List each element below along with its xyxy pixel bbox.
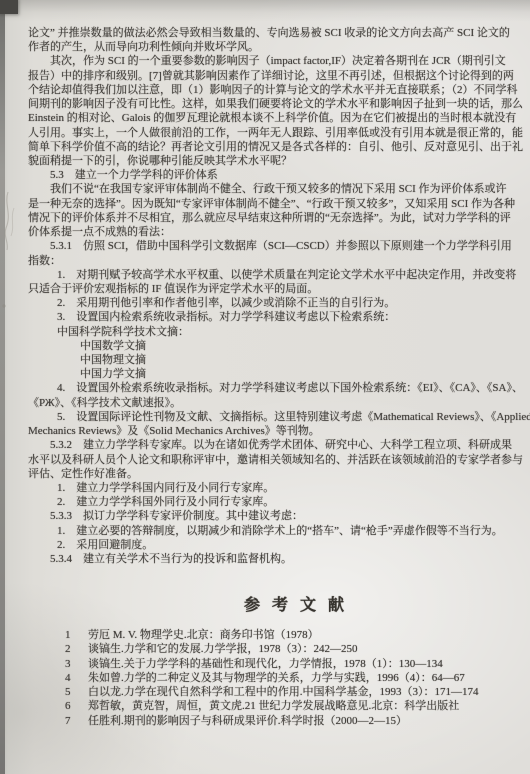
text-line: 1. 建立必要的答辩制度，以期减少和消除学术上的“搭车”、请“枪手”弄虚作假等不…: [57, 524, 530, 538]
text-line: 中国科学院科学技术文摘：: [57, 325, 530, 339]
text-line: 2. 采用期刊他引率和作者他引率，以减少或消除不正当的自引行为。: [57, 296, 530, 310]
reference-item: 5白以龙.力学在现代自然科学和工程中的作用.中国科学基金，1993（3）：171…: [65, 685, 515, 699]
text-line: 简单下科学价值不高的结论？再者论文引用的情况又是各式各样的：自引、他引、反对意见…: [28, 140, 530, 154]
text-line: 评估、定性作好准备。: [28, 467, 530, 481]
reference-item: 2谈镐生.力学和它的发展.力学学报，1978（3）：242—250: [65, 642, 515, 656]
reference-number: 6: [65, 699, 88, 713]
text-line: 3. 设置国内检索系统收录指标。对力学学科建议考虑以下检索系统：: [57, 310, 530, 324]
reference-number: 7: [65, 714, 88, 728]
reference-item: 6郑哲敏，黄克智，周恒，黄文虎.21 世纪力学发展战略意见.北京：科学出版社: [65, 699, 515, 713]
reference-item: 4朱如曾.力学的二种定义及其与物理学的关系，力学与实践，1996（4）：64—6…: [65, 671, 515, 685]
text-line: 是一种无奈的选择”。因为既知“专家评审体制尚不健全”、“行政干预又较多”，又知采…: [28, 197, 530, 211]
text-line: 1. 建立力学学科国内同行及小同行专家库。: [57, 481, 530, 495]
reference-number: 2: [65, 642, 88, 656]
reference-number: 1: [65, 628, 88, 642]
text-line: 5.3.4 建立有关学术不当行为的投诉和监督机构。: [50, 552, 530, 566]
text-line: 2. 建立力学学科国外同行及小同行专家库。: [57, 495, 530, 509]
text-line: 报告）中的排序和级别。[7]曾就其影响因素作了详细讨论，这里不再引述，但根据这个…: [28, 69, 530, 83]
reference-text: 郑哲敏，黄克智，周恒，黄文虎.21 世纪力学发展战略意见.北京：科学出版社: [88, 699, 515, 713]
text-line: 1. 对期刊赋予较高学术水平权重、以使学术质量在判定论文学术水平中起决定作用，并…: [57, 268, 530, 282]
reference-number: 5: [65, 685, 88, 699]
text-line: 情况下的评价体系并不尽相宜，那么就应尽早结束这种所谓的“无奈选择”。为此，试对力…: [28, 211, 530, 225]
reference-item: 3谈镐生.关于力学学科的基础性和现代化，力学情报，1978（1）：130—134: [65, 657, 515, 671]
reference-number: 3: [65, 657, 88, 671]
text-line: 水平以及科研人员个人论文和职称评审中，邀请相关领域知名的、并活跃在该领域前沿的专…: [28, 453, 530, 467]
text-line: 貌面稍提一下的引，你说哪种引能反映其学术水平呢？: [28, 154, 530, 168]
reference-item: 7任胜利.期刊的影响因子与科研成果评价.科学时报（2000—2—15）: [65, 714, 515, 728]
text-line: 人引用。事实上，一个人做很前沿的工作，一两年无人跟踪、引用率低或没有引用本就是很…: [28, 126, 530, 140]
text-line: 4. 设置国外检索系统收录指标。对力学学科建议考虑以下国外检索系统：《EI》、《…: [57, 381, 530, 395]
text-line: 5.3.1 仿照 SCI，借助中国科学引文数据库（SCI—CSCD）并参照以下原…: [50, 239, 530, 253]
text-line: 中国物理文摘: [80, 353, 530, 367]
text-line: 指数：: [28, 254, 530, 268]
text-line: 间期刊的影响因子没有可比性。这样，如果我们硬要将论文的学术水平和影响因子扯到一块…: [28, 97, 530, 111]
text-line: 个结论却值得我们加以注意，即（1）影响因子的计算与论文的学术水平并无直接联系；（…: [28, 83, 530, 97]
references-list: 1劳厄 M. V. 物理学史.北京：商务印书馆（1978）2谈镐生.力学和它的发…: [65, 628, 515, 728]
text-line: 价体系提一点不成熟的看法：: [28, 225, 530, 239]
text-line: 我们不说“在我国专家评审体制尚不健全、行政干预又较多的情况下采用 SCI 作为评…: [50, 182, 530, 196]
reference-text: 谈镐生.力学和它的发展.力学学报，1978（3）：242—250: [88, 642, 515, 656]
reference-text: 朱如曾.力学的二种定义及其与物理学的关系，力学与实践，1996（4）：64—67: [88, 671, 515, 685]
document-body: 论文” 并推崇数量的做法必然会导致相当数量的、专向选易被 SCI 收录的论文方向…: [0, 26, 530, 566]
text-line: 5.3 建立一个力学学科的评价体系: [50, 168, 530, 182]
text-line: 5.3.3 拟订力学学科专家评价制度。其中建议考虑：: [50, 509, 530, 523]
text-line: 《РЖ》、《科学技术文献速报》。: [28, 396, 530, 410]
text-line: 中国力学文摘: [80, 367, 530, 381]
text-line: 5. 设置国际评论性刊物及文献、文摘指标。这里特别建议考虑《Mathematic…: [57, 410, 530, 424]
scanned-page: 论文” 并推崇数量的做法必然会导致相当数量的、专向选易被 SCI 收录的论文方向…: [0, 0, 530, 774]
reference-text: 任胜利.期刊的影响因子与科研成果评价.科学时报（2000—2—15）: [88, 714, 515, 728]
reference-text: 劳厄 M. V. 物理学史.北京：商务印书馆（1978）: [88, 628, 515, 642]
reference-item: 1劳厄 M. V. 物理学史.北京：商务印书馆（1978）: [65, 628, 515, 642]
text-line: Einstein 的相对论、Galois 的伽罗瓦理论就根本谈不上科学价值。因为…: [28, 111, 530, 125]
text-line: 中国数学文摘: [80, 339, 530, 353]
references-heading: 参考文献: [244, 592, 356, 615]
text-line: 2. 采用回避制度。: [57, 538, 530, 552]
scan-corner-artifact: [0, 0, 18, 14]
text-line: 作者的产生，从而导向功利性倾向并败坏学风。: [28, 40, 530, 54]
reference-text: 谈镐生.关于力学学科的基础性和现代化，力学情报，1978（1）：130—134: [88, 657, 515, 671]
reference-text: 白以龙.力学在现代自然科学和工程中的作用.中国科学基金，1993（3）：171—…: [88, 685, 515, 699]
text-line: 其次，作为 SCI 的一个重要参数的影响因子（impact factor,IF）…: [50, 54, 530, 68]
text-line: 论文” 并推崇数量的做法必然会导致相当数量的、专向选易被 SCI 收录的论文方向…: [28, 26, 530, 40]
text-line: Mechanics Reviews》及《Solid Mechanics Arch…: [28, 424, 530, 438]
text-line: 5.3.2 建立力学学科专家库。以为在诸如优秀学术团体、研究中心、大科学工程立项…: [50, 438, 530, 452]
text-line: 只适合于评价宏观指标的 IF 值误作为评定学术水平的局面。: [28, 282, 530, 296]
reference-number: 4: [65, 671, 88, 685]
